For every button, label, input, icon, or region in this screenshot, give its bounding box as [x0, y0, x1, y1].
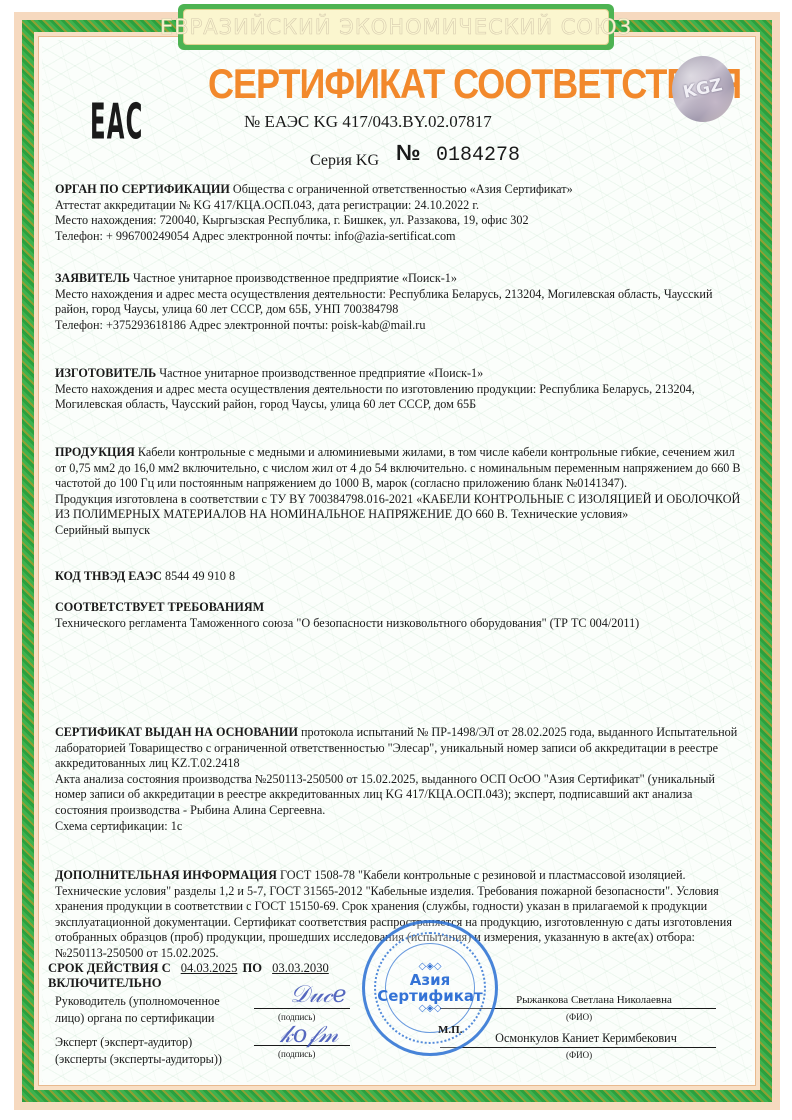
applicant-label: ЗАЯВИТЕЛЬ — [55, 271, 130, 285]
expert-name: Осмонкулов Каниет Керимбекович — [466, 1031, 706, 1046]
validity-section: СРОК ДЕЙСТВИЯ С04.03.2025 ПО03.03.2030 В… — [48, 961, 331, 991]
basis-section: СЕРТИФИКАТ ВЫДАН НА ОСНОВАНИИ протокола … — [55, 725, 745, 834]
hologram-icon: KGZ — [672, 56, 734, 122]
validity-to-label: ПО — [243, 961, 263, 975]
expert-role-line2: (эксперты (эксперты-аудиторы)) — [55, 1051, 222, 1068]
expert-signature-caption: (подпись) — [278, 1049, 315, 1059]
product-release-type: Серийный выпуск — [55, 523, 745, 539]
hologram-text: KGZ — [682, 75, 725, 103]
certification-body-contacts: Телефон: + 996700249054 Адрес электронно… — [55, 229, 745, 245]
seal-mark: М.П. — [438, 1024, 462, 1036]
certification-scheme: Схема сертификации: 1с — [55, 819, 745, 835]
applicant-name: Частное унитарное производственное предп… — [133, 271, 457, 285]
validity-from-date: 04.03.2025 — [171, 961, 240, 975]
conformity-text: Технического регламента Таможенного союз… — [55, 616, 745, 632]
validity-from-label: СРОК ДЕЙСТВИЯ С — [48, 961, 171, 975]
product-label: ПРОДУКЦИЯ — [55, 445, 135, 459]
product-description: Кабели контрольные с медными и алюминиев… — [55, 445, 741, 490]
expert-name-line — [440, 1047, 716, 1048]
conformity-label: СООТВЕТСТВУЕТ ТРЕБОВАНИЯМ — [55, 600, 745, 616]
certificate-page: ЕВРАЗИЙСКИЙ ЭКОНОМИЧЕСКИЙ СОЮЗ СЕРТИФИКА… — [0, 0, 792, 1120]
series-label: Серия KG — [310, 152, 379, 170]
certification-body-name: Общества с ограниченной ответственностью… — [233, 182, 573, 196]
certification-body-label: ОРГАН ПО СЕРТИФИКАЦИИ — [55, 182, 230, 196]
hs-code-label: КОД ТНВЭД ЕАЭС — [55, 569, 162, 583]
hs-code-value: 8544 49 910 8 — [165, 569, 235, 583]
certification-body-address: Место нахождения: 720040, Кыргызская Рес… — [55, 213, 745, 229]
head-role-label: Руководитель (уполномоченное лицо) орган… — [55, 993, 220, 1027]
head-signature-line — [254, 1008, 350, 1009]
head-role-line1: Руководитель (уполномоченное — [55, 993, 220, 1010]
certification-body-section: ОРГАН ПО СЕРТИФИКАЦИИ Общества с огранич… — [55, 182, 745, 244]
eac-logo-icon: EAC — [90, 93, 144, 150]
stamp-line1: Азия — [410, 972, 450, 988]
manufacturer-label: ИЗГОТОВИТЕЛЬ — [55, 366, 156, 380]
validity-inclusive-label: ВКЛЮЧИТЕЛЬНО — [48, 976, 331, 991]
union-banner-plate: ЕВРАЗИЙСКИЙ ЭКОНОМИЧЕСКИЙ СОЮЗ — [183, 9, 609, 45]
stamp-line2: Сертификат — [377, 988, 483, 1004]
stamp-ornament-bottom: ◇◈◇ — [418, 1004, 441, 1014]
basis-label: СЕРТИФИКАТ ВЫДАН НА ОСНОВАНИИ — [55, 725, 298, 739]
expert-signature: 𝓀𝑜𝒻𝓂 — [280, 1020, 338, 1048]
expert-role-line1: Эксперт (эксперт-аудитор) — [55, 1034, 222, 1051]
series-number: 0184278 — [436, 144, 520, 167]
expert-role-label: Эксперт (эксперт-аудитор) (эксперты (экс… — [55, 1034, 222, 1068]
head-signature: 𝒟𝓊𝒸𝑒 — [290, 980, 347, 1008]
product-standard: Продукция изготовлена в соответствии с Т… — [55, 492, 745, 523]
manufacturer-name: Частное унитарное производственное предп… — [159, 366, 483, 380]
basis-production-analysis: Акта анализа состояния производства №250… — [55, 772, 745, 819]
stamp-ornament-top: ◇◈◇ — [418, 962, 441, 972]
head-name-caption: (ФИО) — [566, 1012, 592, 1022]
applicant-contacts: Телефон: +375293618186 Адрес электронной… — [55, 318, 745, 334]
applicant-section: ЗАЯВИТЕЛЬ Частное унитарное производстве… — [55, 271, 745, 333]
expert-name-caption: (ФИО) — [566, 1050, 592, 1060]
union-banner: ЕВРАЗИЙСКИЙ ЭКОНОМИЧЕСКИЙ СОЮЗ — [178, 4, 614, 50]
certificate-number: № ЕАЭС KG 417/043.BY.02.07817 — [244, 112, 492, 132]
accreditation-line: Аттестат аккредитации № KG 417/КЦА.ОСП.0… — [55, 198, 745, 214]
additional-info-label: ДОПОЛНИТЕЛЬНАЯ ИНФОРМАЦИЯ — [55, 868, 277, 882]
head-name: Рыжанкова Светлана Николаевна — [484, 994, 704, 1006]
validity-to-date: 03.03.2030 — [262, 961, 331, 975]
applicant-address: Место нахождения и адрес места осуществл… — [55, 287, 745, 318]
hs-code-section: КОД ТНВЭД ЕАЭС 8544 49 910 8 — [55, 569, 745, 585]
document-title: СЕРТИФИКАТ СООТВЕТСТВИЯ — [208, 60, 592, 108]
conformity-section: СООТВЕТСТВУЕТ ТРЕБОВАНИЯМ Технического р… — [55, 600, 745, 631]
head-role-line2: лицо) органа по сертификации — [55, 1010, 220, 1027]
product-section: ПРОДУКЦИЯ Кабели контрольные с медными и… — [55, 445, 745, 539]
number-sign: № — [396, 140, 421, 166]
manufacturer-address: Место нахождения и адрес места осуществл… — [55, 382, 745, 413]
union-banner-text: ЕВРАЗИЙСКИЙ ЭКОНОМИЧЕСКИЙ СОЮЗ — [160, 15, 632, 39]
manufacturer-section: ИЗГОТОВИТЕЛЬ Частное унитарное производс… — [55, 366, 745, 413]
seal-stamp-icon: ◇◈◇ Азия Сертификат ◇◈◇ — [362, 920, 498, 1056]
